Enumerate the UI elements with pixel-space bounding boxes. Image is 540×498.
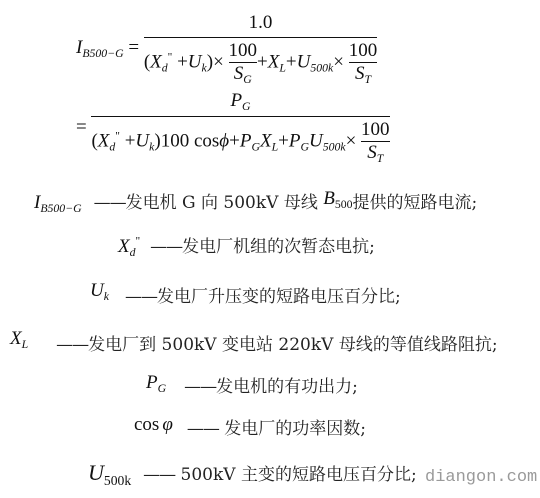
symbol-xd: Xd" bbox=[118, 236, 140, 257]
eq1-frac-100-st: 100 ST bbox=[349, 40, 378, 87]
eq2-numerator: PG bbox=[91, 90, 389, 116]
eq1-numerator: 1.0 bbox=[144, 12, 377, 37]
eq2-fraction: PG (Xd" +Uk)100 cosϕ+PGXL+PGU500k× 100 S… bbox=[91, 90, 389, 165]
eq2-frac-100-st: 100 ST bbox=[361, 119, 390, 166]
definition-u500k: U500k —— 500kV 主变的短路电压百分比; bbox=[88, 460, 417, 489]
symbol-cosphi: cosφ bbox=[134, 414, 173, 435]
definition-xd: Xd" ——发电厂机组的次暂态电抗; bbox=[118, 232, 375, 260]
symbol-u500k: U500k bbox=[88, 460, 131, 485]
symbol-pg: PG bbox=[146, 372, 166, 393]
watermark: diangon.com bbox=[425, 468, 537, 487]
symbol-xl: XL bbox=[10, 328, 28, 349]
symbol-uk: Uk bbox=[90, 280, 109, 301]
equation-2: = PG (Xd" +Uk)100 cosϕ+PGXL+PGU500k× 100… bbox=[76, 90, 390, 165]
eq1-denominator: (Xd" +Uk)× 100 SG +XL+U500k× 100 ST bbox=[144, 38, 377, 87]
definition-uk: Uk ——发电厂升压变的短路电压百分比; bbox=[90, 280, 401, 307]
eq1-fraction: 1.0 (Xd" +Uk)× 100 SG +XL+U500k× 100 ST bbox=[144, 12, 377, 86]
definition-xl: XL ——发电厂到 500kV 变电站 220kV 母线的等值线路阻抗; bbox=[10, 328, 498, 355]
eq1-frac-100-sg: 100 SG bbox=[229, 40, 258, 87]
eq1-lhs: IB500−G = bbox=[76, 37, 139, 61]
symbol-ib500g: IB500−G bbox=[34, 192, 82, 213]
definition-cosphi: cosφ —— 发电厂的功率因数; bbox=[134, 414, 366, 439]
equation-1: IB500−G = 1.0 (Xd" +Uk)× 100 SG +XL+U500… bbox=[76, 12, 377, 86]
definition-ib500g: IB500−G ——发电机 G 向 500kV 母线 B500提供的短路电流; bbox=[34, 188, 477, 216]
definition-pg: PG ——发电机的有功出力; bbox=[146, 372, 358, 397]
eq2-denominator: (Xd" +Uk)100 cosϕ+PGXL+PGU500k× 100 ST bbox=[91, 117, 389, 166]
